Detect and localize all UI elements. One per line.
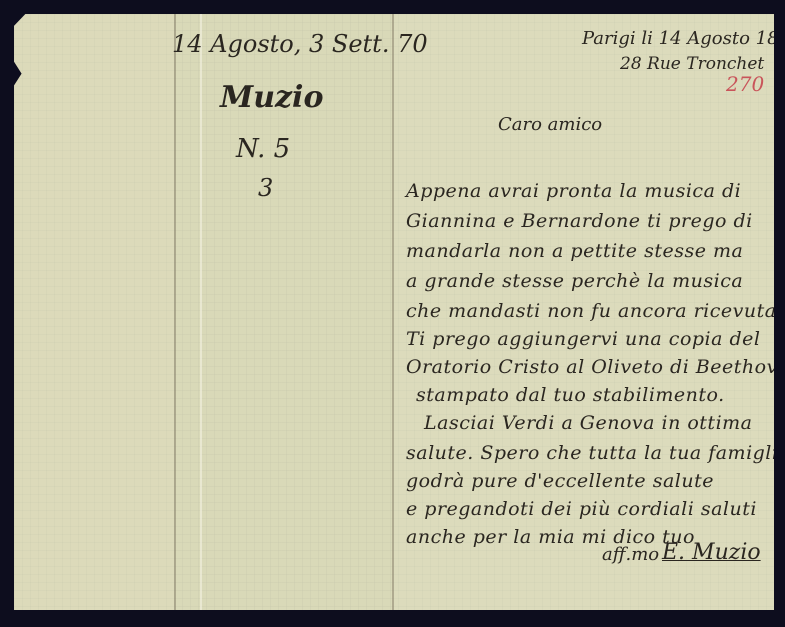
letter-line: a grande stesse perchè la musica — [406, 270, 743, 292]
left-panel — [14, 14, 174, 610]
fold-line-center — [392, 14, 394, 610]
fold-line-left — [174, 14, 176, 610]
letter-line: che mandasti non fu ancora ricevuta. — [406, 300, 783, 322]
salutation: Caro amico — [498, 114, 602, 135]
letter-line: Oratorio Cristo al Oliveto di Beethoven — [406, 356, 785, 378]
address: 28 Rue Tronchet — [620, 54, 764, 74]
letter-sheet: 14 Agosto, 3 Sett. 70 Muzio N. 5 3 Parig… — [14, 14, 774, 610]
docket-dates: 14 Agosto, 3 Sett. 70 — [172, 30, 428, 58]
letter-line: mandarla non a pettite stesse ma — [406, 240, 743, 262]
docket-subnumber: 3 — [258, 174, 273, 202]
letter-line: Ti prego aggiungervi una copia del — [406, 328, 760, 350]
place-date: Parigi li 14 Agosto 1870 — [582, 28, 785, 49]
letter-line: e pregandoti dei più cordiali saluti — [406, 498, 757, 520]
signature: E. Muzio — [662, 540, 761, 565]
margin-line — [200, 14, 202, 610]
letter-line: Appena avrai pronta la musica di — [406, 180, 741, 202]
docket-number: N. 5 — [236, 134, 290, 164]
archive-number: 270 — [726, 72, 764, 96]
letter-line: godrà pure d'eccellente salute — [406, 470, 714, 492]
closing: aff.mo — [602, 544, 659, 565]
docket-sender: Muzio — [220, 80, 323, 115]
letter-line: salute. Spero che tutta la tua famiglia — [406, 442, 785, 464]
letter-line: Giannina e Bernardone ti prego di — [406, 210, 753, 232]
letter-line: Lasciai Verdi a Genova in ottima — [424, 412, 753, 434]
letter-line: stampato dal tuo stabilimento. — [416, 384, 725, 406]
